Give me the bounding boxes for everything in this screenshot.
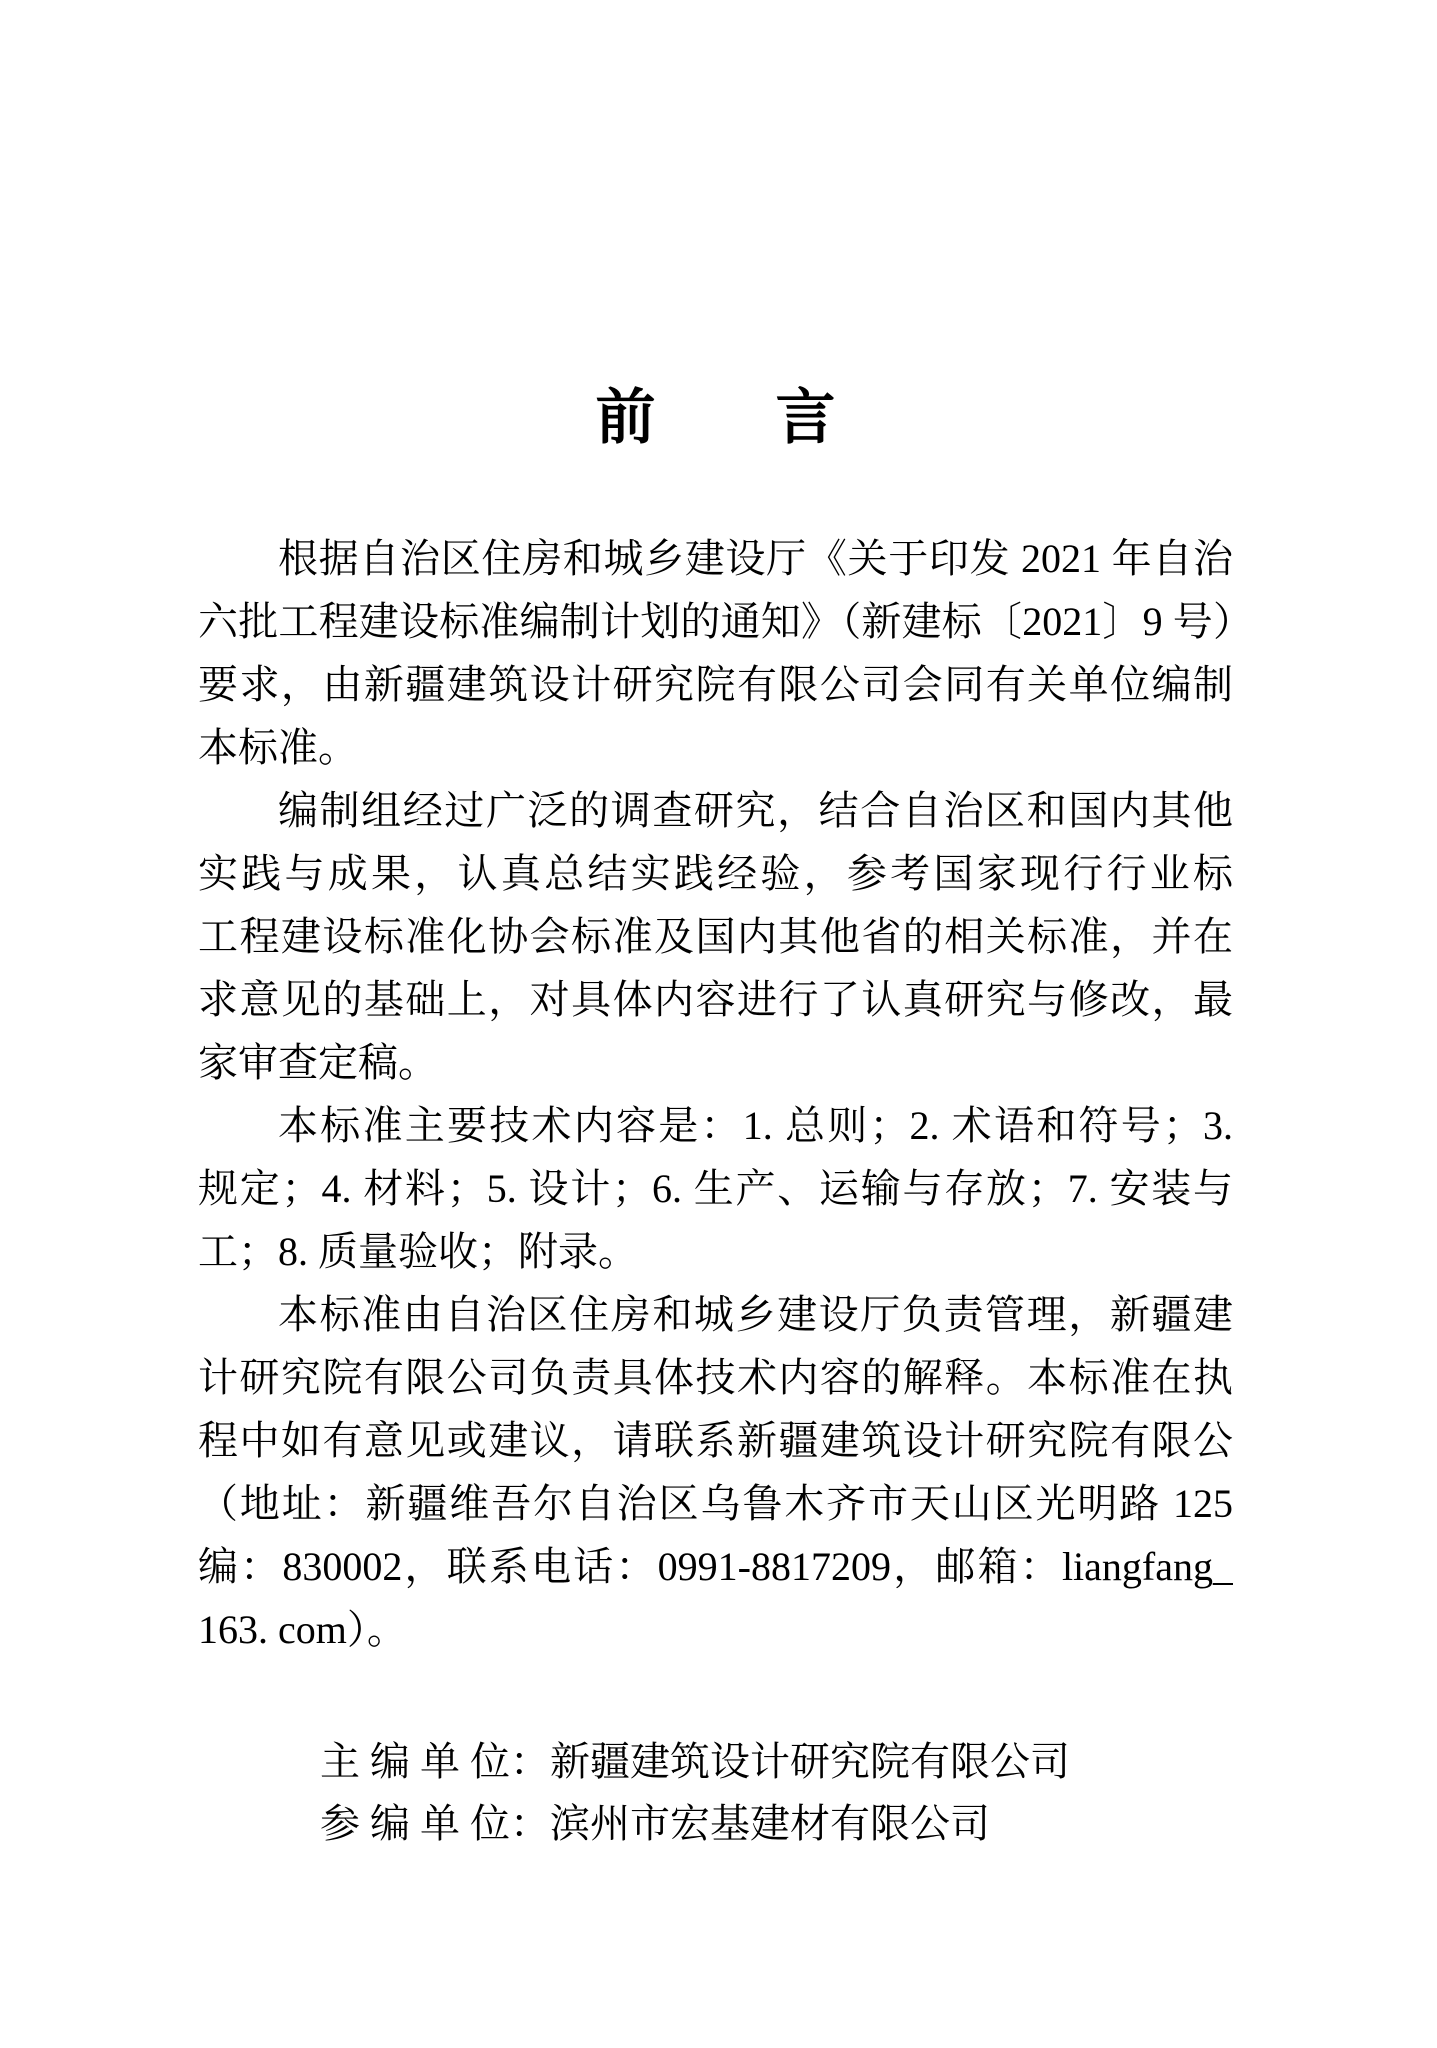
text-line: 编制组经过广泛的调查研究，结合自治区和国内其他省工程 — [198, 779, 1233, 842]
text-line: 编：830002，联系电话：0991-8817209，邮箱：liangfang_… — [198, 1535, 1233, 1598]
text-line: 工；8. 质量验收；附录。 — [198, 1220, 1233, 1283]
credits-block: 主 编 单 位：新疆建筑设计研究院有限公司 参 编 单 位：滨州市宏基建材有限公… — [198, 1669, 1233, 1793]
text-line: 实践与成果，认真总结实践经验，参考国家现行行业标准、中国 — [198, 842, 1233, 905]
text-line: 本标准主要技术内容是：1. 总则；2. 术语和符号；3. 基本 — [198, 1094, 1233, 1157]
text-line: （地址：新疆维吾尔自治区乌鲁木齐市天山区光明路 125 号，邮 — [198, 1472, 1233, 1535]
body-text: 根据自治区住房和城乡建设厅《关于印发 2021 年自治区第 六批工程建设标准编制… — [198, 527, 1233, 1661]
text-line: 本标准。 — [198, 716, 1233, 779]
text-line: 规定；4. 材料；5. 设计；6. 生产、运输与存放；7. 安装与施 — [198, 1157, 1233, 1220]
chief-editor-label: 主 编 单 位： — [320, 1739, 550, 1784]
text-line: 要求，由新疆建筑设计研究院有限公司会同有关单位编制完成了 — [198, 653, 1233, 716]
participant-editor-label: 参 编 单 位： — [320, 1801, 550, 1846]
text-line: 163. com）。 — [198, 1598, 1233, 1661]
text-line: 程中如有意见或建议，请联系新疆建筑设计研究院有限公司 — [198, 1409, 1233, 1472]
participant-editor-value: 滨州市宏基建材有限公司 — [550, 1801, 990, 1846]
page-title: 前 言 — [198, 382, 1233, 454]
text-line: 家审查定稿。 — [198, 1031, 1233, 1094]
text-line: 求意见的基础上，对具体内容进行了认真研究与修改，最后经专 — [198, 968, 1233, 1031]
text-line: 根据自治区住房和城乡建设厅《关于印发 2021 年自治区第 — [198, 527, 1233, 590]
chief-editor-value: 新疆建筑设计研究院有限公司 — [550, 1739, 1070, 1784]
text-line: 六批工程建设标准编制计划的通知》（新建标〔2021〕9 号）的 — [198, 590, 1233, 653]
document-page: 前 言 根据自治区住房和城乡建设厅《关于印发 2021 年自治区第 六批工程建设… — [0, 0, 1437, 2048]
chief-editor-row: 主 编 单 位：新疆建筑设计研究院有限公司 — [198, 1669, 1233, 1731]
text-line: 工程建设标准化协会标准及国内其他省的相关标准，并在广泛征 — [198, 905, 1233, 968]
text-line: 本标准由自治区住房和城乡建设厅负责管理，新疆建筑设 — [198, 1283, 1233, 1346]
text-line: 计研究院有限公司负责具体技术内容的解释。本标准在执行过 — [198, 1346, 1233, 1409]
